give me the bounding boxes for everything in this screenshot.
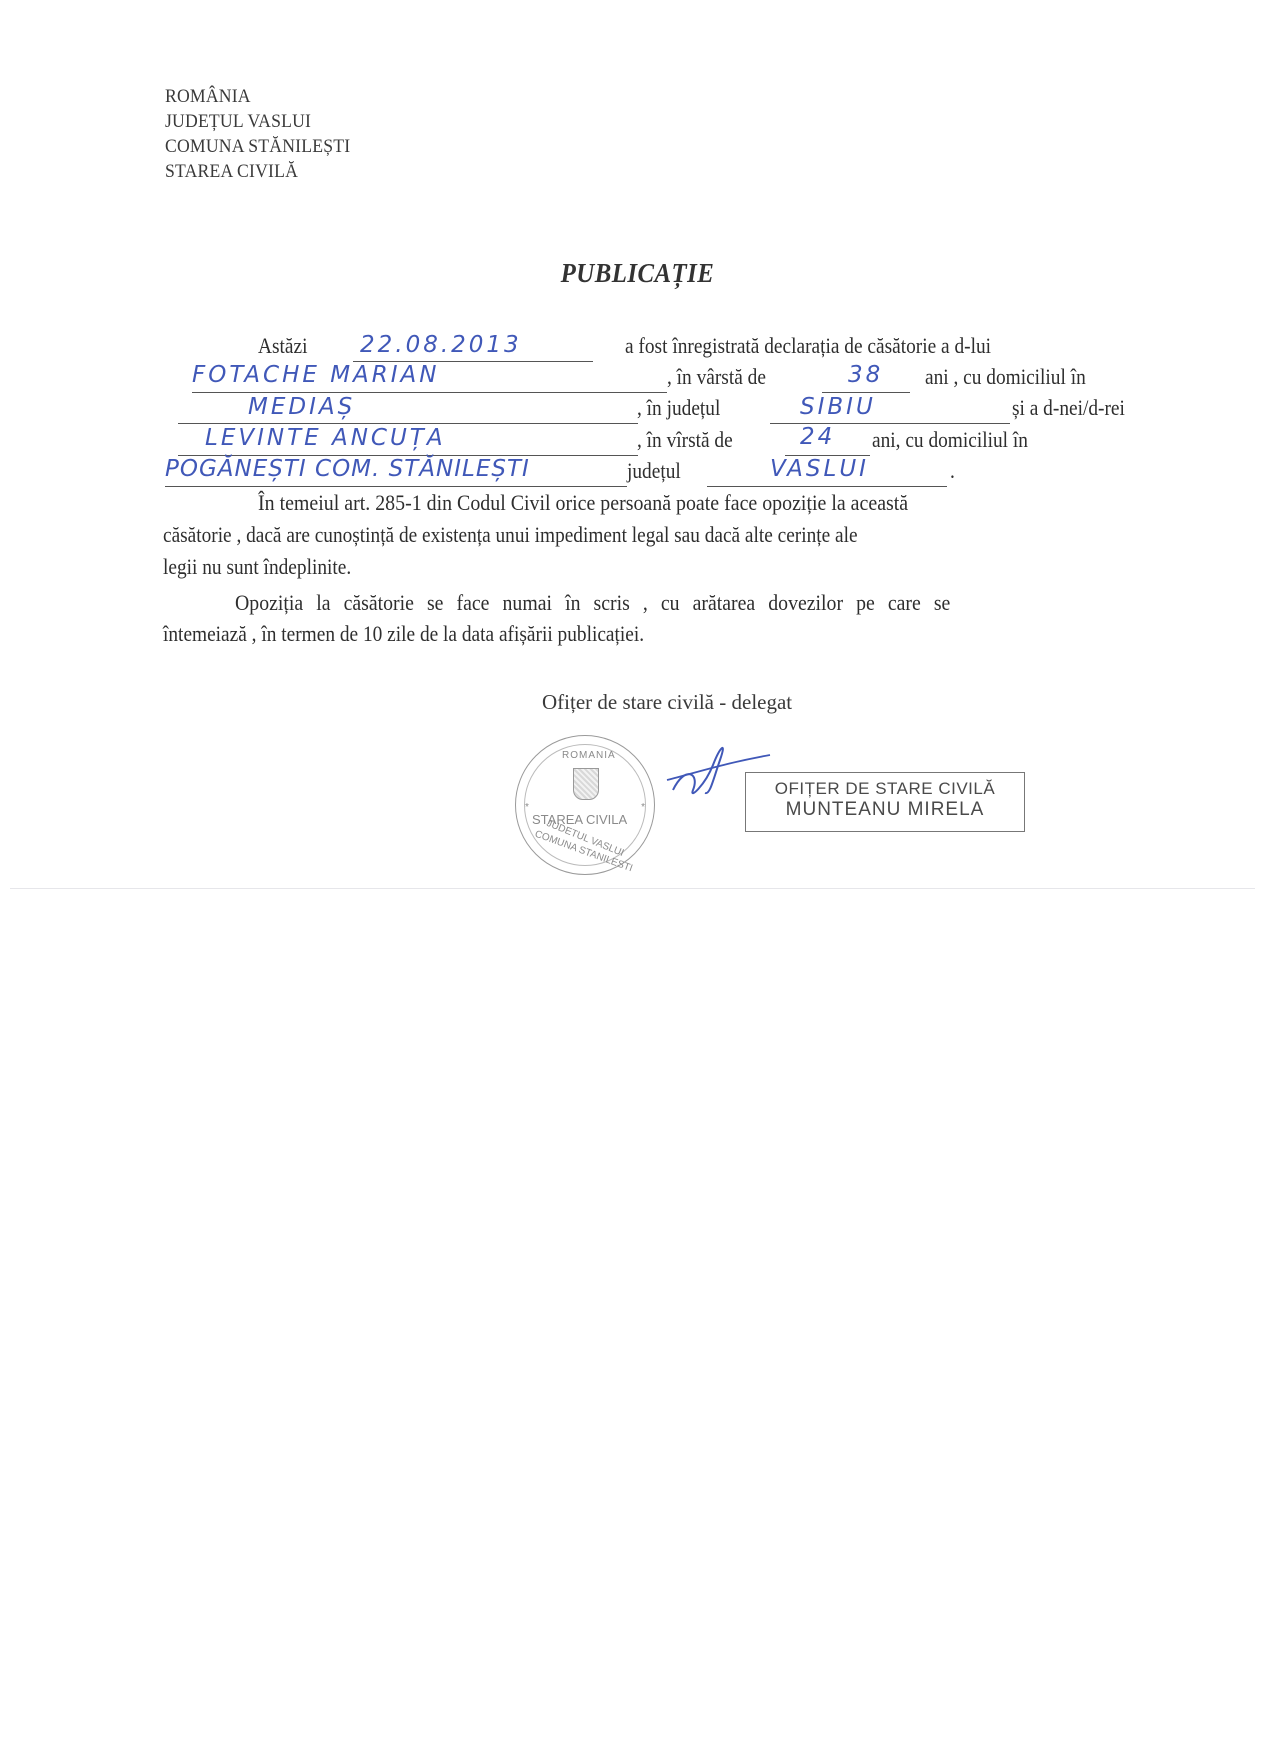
declaration-text: a fost înregistrată declarația de căsăto… [625, 333, 991, 359]
officer-delegate-label: Ofițer de stare civilă - delegat [542, 690, 792, 715]
end-period: . [950, 458, 955, 484]
groom-county-field[interactable]: SIBIU [800, 394, 876, 420]
stamp-top-text: ROMANIA [562, 750, 616, 761]
star-icon-right: * [641, 802, 645, 813]
date-field[interactable]: 22.08.2013 [360, 332, 522, 358]
official-stamp: ROMANIA * * STAREA CIVILA JUDETUL VASLUI… [515, 735, 655, 875]
header-commune: COMUNA STĂNILEȘTI [165, 134, 350, 159]
officer-title: OFIȚER DE STARE CIVILĂ [746, 779, 1024, 799]
coat-of-arms-icon [573, 768, 599, 800]
legal-paragraph-line-2: căsătorie , dacă are cunoștință de exist… [163, 522, 858, 548]
legal-paragraph-line-1: În temeiul art. 285-1 din Codul Civil or… [258, 490, 908, 516]
header-department: STAREA CIVILĂ [165, 159, 298, 184]
bride-county-field[interactable]: VASLUI [770, 456, 869, 482]
groom-locality-field[interactable]: MEDIAȘ [248, 394, 355, 420]
bride-locality-underline [165, 486, 627, 487]
opposition-paragraph-line-1: Opoziția la căsătorie se face numai în s… [235, 590, 950, 616]
bride-locality-field[interactable]: POGĂNEȘTI COM. STĂNILEȘTI [165, 456, 530, 482]
legal-paragraph-line-3: legii nu sunt îndeplinite. [163, 554, 351, 580]
age-label-2: , în vîrstă de [637, 427, 733, 453]
age-label-1: , în vârstă de [667, 364, 766, 390]
bride-age-field[interactable]: 24 [800, 424, 835, 450]
groom-name-field[interactable]: FOTACHE MARIAN [192, 362, 439, 388]
officer-name: MUNTEANU MIRELA [746, 799, 1024, 821]
domicile-text-2: ani, cu domiciliul în [872, 427, 1028, 453]
bride-name-field[interactable]: LEVINTE ANCUȚA [205, 425, 446, 451]
groom-locality-underline [178, 423, 638, 424]
and-text: și a d-nei/d-rei [1012, 395, 1125, 421]
opposition-paragraph-line-2: întemeiază , în termen de 10 zile de la … [163, 621, 644, 647]
scan-fold-line [10, 888, 1255, 889]
county-label-2: județul [627, 458, 681, 484]
star-icon-left: * [525, 802, 529, 813]
astazi-label: Astăzi [258, 333, 307, 359]
domicile-text-1: ani , cu domiciliul în [925, 364, 1086, 390]
officer-name-stamp: OFIȚER DE STARE CIVILĂ MUNTEANU MIRELA [745, 772, 1025, 832]
document-title: PUBLICAȚIE [51, 258, 1224, 289]
header-country: ROMÂNIA [165, 84, 251, 109]
bride-county-underline [707, 486, 947, 487]
county-label-1: , în județul [637, 395, 720, 421]
groom-age-underline [822, 392, 910, 393]
groom-age-field[interactable]: 38 [848, 362, 883, 388]
groom-name-underline [192, 392, 667, 393]
header-county: JUDEȚUL VASLUI [165, 109, 311, 134]
